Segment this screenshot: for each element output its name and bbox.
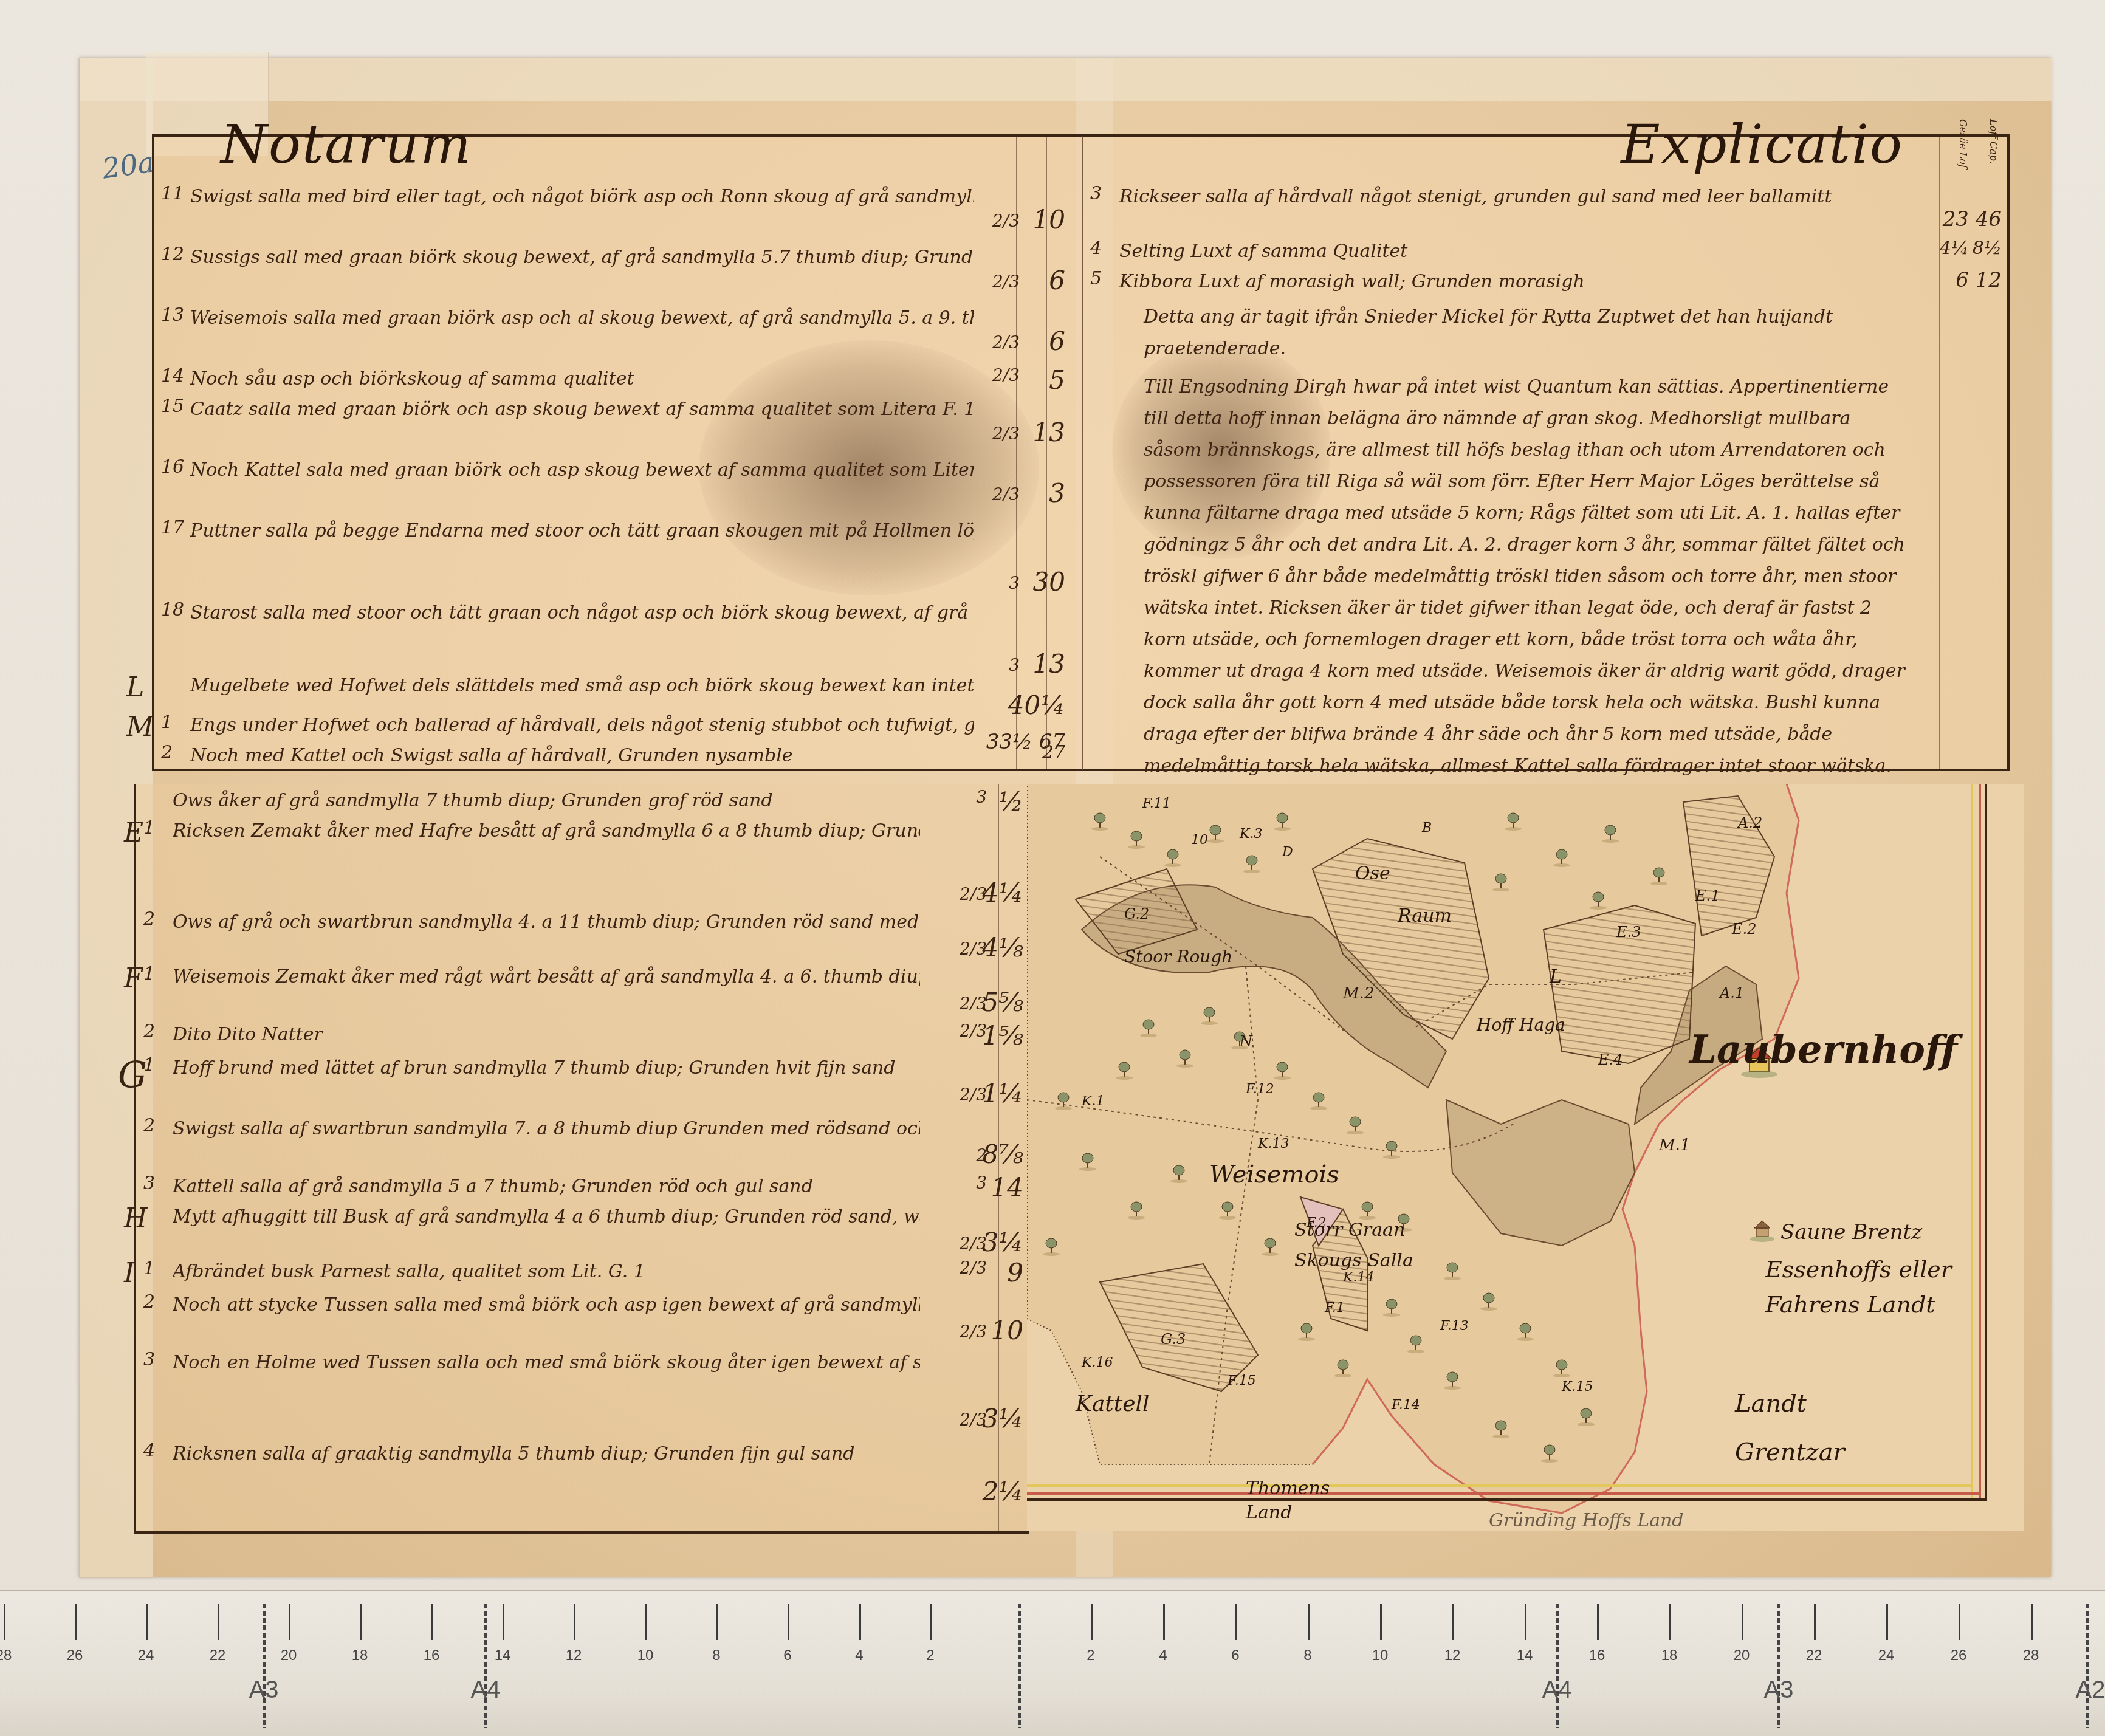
ruler-tick <box>859 1604 861 1640</box>
entry-text: Swigst salla med bird eller tagt, och nå… <box>190 183 974 211</box>
ruler-label: 10 <box>637 1647 654 1664</box>
place-name-forest: Stoor Rough <box>1124 942 1234 972</box>
entry-value-2: 3¼ <box>983 1227 1023 1257</box>
entry-text: Ows åker af grå sandmylla 7 thumb diup; … <box>173 787 920 815</box>
ruler-label: 22 <box>210 1647 226 1664</box>
parcel-code: F.15 <box>1228 1373 1256 1388</box>
ruler-label: 4 <box>1159 1647 1167 1664</box>
tape-strip-top <box>79 58 2052 101</box>
entry-number: 2 <box>143 1021 155 1042</box>
ruler-tick <box>360 1604 362 1640</box>
section-letter: H <box>124 1203 147 1234</box>
ruler-label: 26 <box>1951 1647 1967 1664</box>
entry-value-2: 46 <box>1976 207 2002 232</box>
parcel-code: K.14 <box>1343 1270 1374 1285</box>
entry-number: 13 <box>161 304 184 326</box>
ruler-label: 28 <box>2023 1647 2039 1664</box>
format-marker-a3 <box>263 1604 266 1728</box>
entry-number: 15 <box>161 396 184 417</box>
parcel-code: B <box>1422 820 1432 835</box>
entry-number: 4 <box>1090 238 1102 259</box>
ink-stain <box>1112 340 1331 559</box>
ruler-label: 14 <box>495 1647 511 1664</box>
ruler-tick <box>146 1604 148 1640</box>
entry-number: 3 <box>143 1173 155 1194</box>
boundary-note: Landt Grentzar <box>1735 1379 1856 1477</box>
entry-value-1: 2/3 <box>992 272 1020 292</box>
parcel-code: E.4 <box>1598 1051 1623 1068</box>
entry-value-1: 2/3 <box>960 1322 987 1342</box>
parcel-code: K.13 <box>1258 1136 1289 1151</box>
parcel-code: F.12 <box>1246 1082 1274 1097</box>
ruler-tick <box>1886 1604 1888 1640</box>
ruler-label: 22 <box>1806 1647 1822 1664</box>
ruler-label: 28 <box>0 1647 12 1664</box>
entry-text: Afbrändet busk Parnest salla, qualitet s… <box>173 1258 920 1286</box>
format-label: A2 <box>2076 1676 2105 1704</box>
parcel-code: A.2 <box>1738 814 1762 831</box>
entry-text: Weisemois salla med graan biörk asp och … <box>190 304 974 332</box>
entry-number: 17 <box>161 517 184 538</box>
entry-value-2: 10 <box>991 1316 1023 1345</box>
format-marker-a4 <box>484 1604 487 1728</box>
ruler-tick <box>503 1604 504 1640</box>
place-name-neighbour-estate: Essenhoffs eller Fahrens Landt <box>1765 1252 1960 1322</box>
parcel-code: K.15 <box>1562 1379 1593 1395</box>
parcel-code: F.1 <box>1325 1300 1345 1316</box>
entry-value-2: 5 <box>1049 365 1065 395</box>
column-header: Gesäe Lof <box>1957 119 1969 168</box>
entry-value-2: 6 <box>1049 266 1065 295</box>
ruler-center-marker <box>1018 1604 1021 1728</box>
notarum-title: Notarum <box>221 113 472 176</box>
place-name-field: Raum <box>1398 905 1452 927</box>
column-rule <box>1973 137 1973 769</box>
entry-number: 12 <box>161 244 184 265</box>
explicatio-title: Explicatio <box>1621 113 1903 176</box>
section-letter: M <box>126 712 154 743</box>
ruler-label: 18 <box>1661 1647 1678 1664</box>
ruler-label: 16 <box>1589 1647 1605 1664</box>
entry-number: 11 <box>161 183 184 204</box>
format-label: A4 <box>1542 1676 1572 1704</box>
ruler-tick <box>2031 1604 2033 1640</box>
entry-text: Swigst salla af swartbrun sandmylla 7. a… <box>173 1115 920 1143</box>
entry-text: Starost salla med stoor och tätt graan o… <box>190 599 974 627</box>
entry-value-2: 27 <box>1042 742 1065 763</box>
parcel-code: G.3 <box>1161 1331 1186 1348</box>
column-rule <box>1939 137 1940 769</box>
ruler-label: 12 <box>1444 1647 1461 1664</box>
entry-number: 16 <box>161 456 184 478</box>
entry-number: 3 <box>1090 183 1102 204</box>
section-letter: E <box>124 817 143 848</box>
entry-text: Engs under Hofwet och ballerad af hårdva… <box>190 712 974 739</box>
ruler-tick <box>574 1604 575 1640</box>
entry-value-1: 6 <box>1956 268 1969 292</box>
ruler-tick <box>788 1604 789 1640</box>
ruler-tick <box>1525 1604 1526 1640</box>
ruler-tick <box>1669 1604 1671 1640</box>
ruler-tick <box>1091 1604 1093 1640</box>
entry-text: Selting Luxt af samma Qualitet <box>1119 238 1897 266</box>
ruler-label: 10 <box>1372 1647 1389 1664</box>
entry-value-2: 12 <box>1976 268 2002 292</box>
parcel-code: K.16 <box>1082 1355 1113 1370</box>
entry-text: Weisemois Zemakt åker med rågt wårt beså… <box>173 963 920 991</box>
map-drawing <box>1027 784 2024 1531</box>
entry-number: 1 <box>143 1054 155 1076</box>
entry-value-2: 10 <box>1033 205 1065 235</box>
estate-map: Laubernhoff Saune Brentz Essenhoffs elle… <box>1027 784 2024 1531</box>
parcel-code: A.1 <box>1720 984 1744 1001</box>
entry-text: Mytt afhuggitt till Busk af grå sandmyll… <box>173 1203 920 1231</box>
entry-text: Kattell salla af grå sandmylla 5 a 7 thu… <box>173 1173 920 1201</box>
ruler-tick <box>1380 1604 1382 1640</box>
parcel-code: 10 <box>1191 832 1208 848</box>
ink-stain <box>699 340 1039 595</box>
parcel-code: F.14 <box>1392 1398 1420 1413</box>
entry-value-2: ½ <box>998 787 1023 817</box>
ruler-tick <box>1959 1604 1960 1640</box>
place-name-enclosure: Hoff Haga <box>1477 1015 1565 1035</box>
ruler-label: 12 <box>566 1647 582 1664</box>
ruler-tick <box>75 1604 77 1640</box>
entry-text: Kibbora Luxt af morasigh wall; Grunden m… <box>1119 268 1897 296</box>
entry-number: 5 <box>1090 268 1102 289</box>
entry-value-2: 8⅞ <box>983 1139 1023 1169</box>
place-name-neighbour-estate: Gründing Hoffs Land <box>1489 1510 1684 1531</box>
format-marker-a2 <box>2086 1604 2089 1728</box>
parcel-code: F.13 <box>1440 1319 1469 1334</box>
ruler-tick <box>4 1604 5 1640</box>
parcel-code: K.1 <box>1082 1094 1104 1109</box>
scale-ruler: 28 26 24 22 20 18 16 14 12 10 8 6 4 2 2 … <box>0 1590 2105 1736</box>
entry-text: Sussigs sall med graan biörk skoug bewex… <box>190 244 974 272</box>
entry-number: 1 <box>143 1258 155 1279</box>
entry-number: 18 <box>161 599 184 620</box>
ruler-label: 14 <box>1517 1647 1533 1664</box>
entry-text: Ricksnen salla af graaktig sandmylla 5 t… <box>173 1440 920 1468</box>
parcel-code: M.2 <box>1343 984 1374 1003</box>
parcel-code: E.2 <box>1732 921 1756 938</box>
entry-value-2: 3 <box>1049 478 1065 508</box>
parcel-code: D <box>1282 845 1293 860</box>
ruler-tick <box>289 1604 290 1640</box>
entry-value-1: 2/3 <box>992 332 1020 352</box>
place-name-farmstead: Saune Brentz <box>1780 1220 1922 1244</box>
entry-value-2: 3¼ <box>983 1404 1023 1433</box>
ruler-tick <box>1163 1604 1165 1640</box>
entry-number: 1 <box>161 712 173 733</box>
entry-value-2: 1¼ <box>983 1079 1023 1108</box>
section-letter: I <box>124 1258 134 1289</box>
entry-number: 2 <box>143 908 155 930</box>
entry-number: 4 <box>143 1440 155 1461</box>
entry-value-2: 14 <box>991 1173 1023 1203</box>
ruler-label: 24 <box>1878 1647 1895 1664</box>
ruler-label: 2 <box>1087 1647 1094 1664</box>
entry-text: Noch med Kattel och Swigst salla af hård… <box>190 742 974 770</box>
entry-number: 2 <box>143 1115 155 1136</box>
ruler-label: 8 <box>1303 1647 1311 1664</box>
place-name-manor: Laubernhoff <box>1689 1027 1957 1072</box>
place-name-field: Ose <box>1355 863 1390 884</box>
entry-value-1: 4¼ <box>1940 238 1969 259</box>
entry-value-2: 13 <box>1033 417 1065 447</box>
entry-text: Rickseer salla af hårdvall något stenigt… <box>1119 183 1897 211</box>
column-header: Loff Cap. <box>1988 119 1999 164</box>
entry-number: 1 <box>143 963 155 984</box>
ruler-label: 6 <box>783 1647 791 1664</box>
lower-left-register: Ows åker af grå sandmylla 7 thumb diup; … <box>134 784 1029 1534</box>
entry-text: Dito Dito Natter <box>173 1021 920 1049</box>
entry-text: Ricksen Zemakt åker med Hafre besått af … <box>173 817 920 845</box>
ruler-tick <box>716 1604 718 1640</box>
entry-text: Mugelbete wed Hofwet dels slättdels med … <box>190 672 974 700</box>
entry-value-2: 6 <box>1049 326 1065 356</box>
ruler-tick <box>645 1604 647 1640</box>
ruler-tick <box>431 1604 433 1640</box>
entry-number: 3 <box>143 1349 155 1370</box>
entry-value-1: 3 <box>1009 573 1020 593</box>
ruler-tick <box>1814 1604 1816 1640</box>
entry-value-1: 2/3 <box>992 211 1020 231</box>
entry-value-1: 3 <box>976 787 987 807</box>
place-name-field: Kattell <box>1076 1391 1150 1416</box>
entry-value-1: 3 <box>976 1173 987 1193</box>
entry-value-2: 1⅝ <box>983 1021 1023 1051</box>
format-label: A3 <box>249 1676 279 1704</box>
entry-value-2: 4¼ <box>983 878 1023 908</box>
entry-value-1: 23 <box>1943 207 1969 232</box>
place-name-neighbour-estate: Thomens Land <box>1246 1477 1337 1525</box>
parcel-code: F.2 <box>1307 1215 1327 1230</box>
ruler-label: 8 <box>712 1647 720 1664</box>
parcel-code: F.11 <box>1142 796 1171 811</box>
ruler-label: 6 <box>1231 1647 1239 1664</box>
ruler-label: 16 <box>424 1647 440 1664</box>
parcel-code: K.3 <box>1240 826 1262 842</box>
ruler-label: 20 <box>1734 1647 1750 1664</box>
ruler-label: 24 <box>138 1647 154 1664</box>
ruler-label: 2 <box>926 1647 934 1664</box>
parcel-code: M.1 <box>1659 1136 1690 1154</box>
entry-value-2: 2¼ <box>983 1477 1023 1506</box>
entry-value-1: 3 <box>1009 655 1020 675</box>
parcel-code: L <box>1550 966 1562 987</box>
parcel-code: E.1 <box>1695 887 1720 904</box>
entry-value-2: 8½ <box>1973 238 2002 259</box>
entry-number: 2 <box>143 1291 155 1312</box>
parcel-code: E.3 <box>1616 924 1641 941</box>
ruler-label: 4 <box>855 1647 863 1664</box>
section-letter: L <box>126 672 144 703</box>
entry-number: 14 <box>161 365 184 386</box>
ruler-tick <box>1308 1604 1310 1640</box>
ruler-tick <box>1597 1604 1599 1640</box>
format-marker-a3 <box>1777 1604 1780 1728</box>
entry-number: 1 <box>143 817 155 839</box>
entry-number: 2 <box>161 742 173 763</box>
entry-value-1: 2/3 <box>992 365 1020 385</box>
entry-text: Noch en Holme wed Tussen salla och med s… <box>173 1349 920 1377</box>
ruler-label: 20 <box>281 1647 297 1664</box>
format-marker-a4 <box>1556 1604 1559 1728</box>
ruler-tick <box>1742 1604 1743 1640</box>
format-label: A3 <box>1764 1676 1794 1704</box>
entry-text: Hoff brund med lättet af brun sandmylla … <box>173 1054 920 1082</box>
entry-value-2: 4⅛ <box>983 933 1023 962</box>
ruler-tick <box>1235 1604 1237 1640</box>
ruler-tick <box>1452 1604 1454 1640</box>
format-label: A4 <box>471 1676 501 1704</box>
section-letter: F <box>124 963 143 994</box>
ruler-tick <box>930 1604 932 1640</box>
entry-value-2: 40¼ <box>1008 690 1065 720</box>
entry-text: Noch att stycke Tussen salla med små biö… <box>173 1291 920 1319</box>
entry-text: Ows af grå och swartbrun sandmylla 4. a … <box>173 908 920 936</box>
section-letter: G <box>118 1054 147 1097</box>
ruler-tick <box>218 1604 219 1640</box>
ruler-label: 26 <box>67 1647 83 1664</box>
ruler-label: 18 <box>352 1647 368 1664</box>
place-name-field: Weisemois <box>1209 1161 1339 1189</box>
entry-value-2: 30 <box>1033 567 1065 597</box>
entry-value-2: 13 <box>1033 649 1065 679</box>
entry-value-2: 9 <box>1007 1258 1023 1288</box>
parcel-code: G.2 <box>1124 905 1149 922</box>
parcel-code: N <box>1240 1033 1252 1050</box>
entry-value-2: 5⅝ <box>983 987 1023 1017</box>
entry-value-1: 2/3 <box>960 1258 987 1278</box>
